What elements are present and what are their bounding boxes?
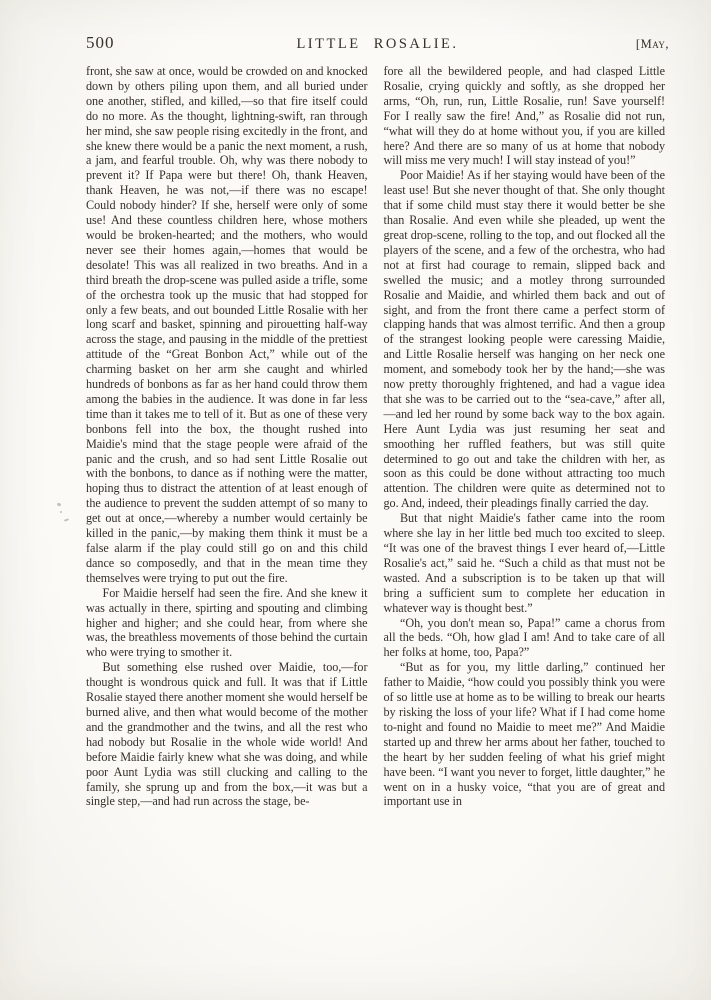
paragraph: front, she saw at once, would be crowded… bbox=[86, 64, 368, 586]
paragraph: fore all the bewildered people, and had … bbox=[384, 64, 666, 168]
running-title: LITTLE ROSALIE. bbox=[176, 36, 579, 53]
scan-speck bbox=[64, 518, 69, 522]
scan-speck bbox=[57, 502, 62, 506]
paragraph: “Oh, you don't mean so, Papa!” came a ch… bbox=[384, 616, 666, 661]
paragraph: But that night Maidie's father came into… bbox=[384, 511, 666, 615]
paragraph: “But as for you, my little darling,” con… bbox=[384, 660, 666, 809]
page-header: 500 LITTLE ROSALIE. [May, bbox=[86, 33, 669, 53]
text-columns: front, she saw at once, would be crowded… bbox=[86, 64, 665, 1000]
issue-label: [May, bbox=[579, 37, 669, 52]
left-column: front, she saw at once, would be crowded… bbox=[86, 64, 368, 1000]
paragraph: But something else rushed over Maidie, t… bbox=[86, 660, 368, 809]
right-column: fore all the bewildered people, and had … bbox=[384, 64, 666, 1000]
paragraph: Poor Maidie! As if her staying would hav… bbox=[384, 168, 666, 511]
paragraph: For Maidie herself had seen the fire. An… bbox=[86, 586, 368, 661]
page-number: 500 bbox=[86, 33, 176, 53]
scan-speck bbox=[60, 511, 62, 513]
book-page: 500 LITTLE ROSALIE. [May, front, she saw… bbox=[0, 0, 711, 1000]
